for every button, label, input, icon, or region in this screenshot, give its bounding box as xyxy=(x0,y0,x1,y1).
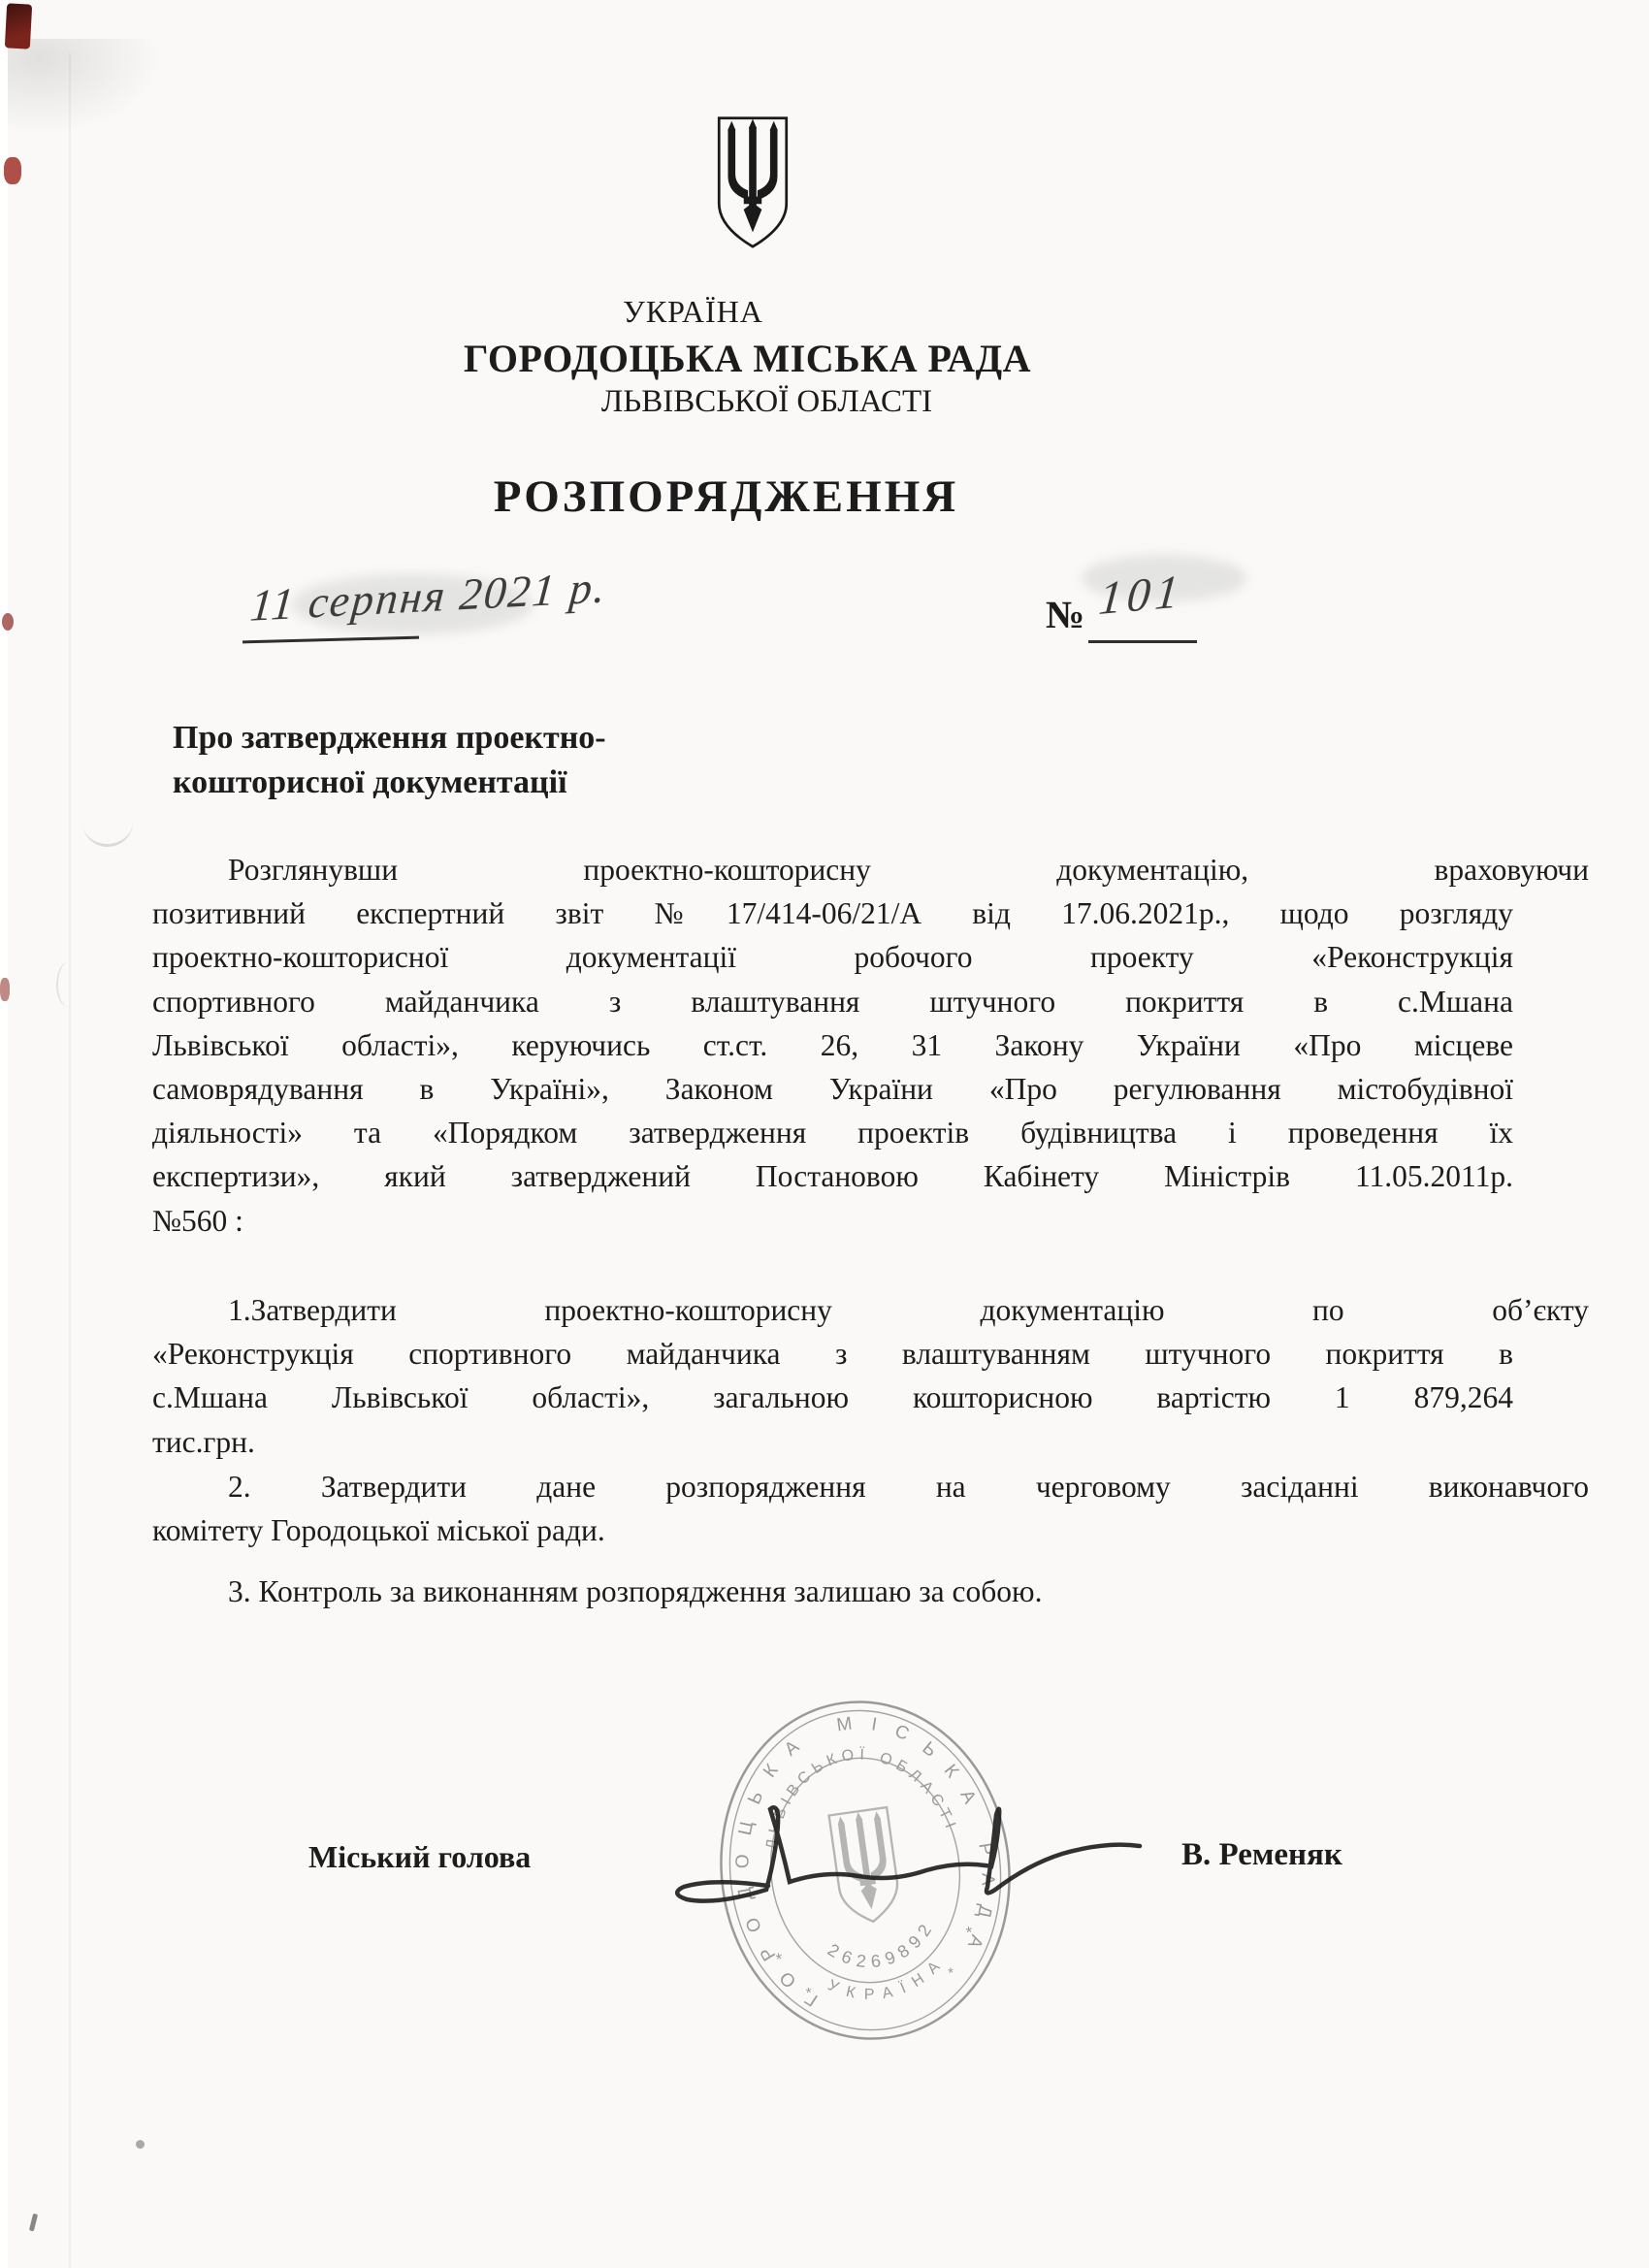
stamp-star-bottom-right: * xyxy=(947,1964,954,1982)
council-name: ГОРОДОЦЬКА МІСЬКА РАДА xyxy=(0,336,1501,381)
red-ink-artifact-4 xyxy=(0,978,10,1001)
red-ink-artifact-2 xyxy=(4,157,21,184)
red-ink-artifact-3 xyxy=(2,613,14,631)
text-line: тис.грн. xyxy=(152,1420,1513,1464)
text-line: №560 : xyxy=(152,1199,1513,1243)
signer-name: В. Ременяк xyxy=(1181,1837,1342,1873)
mayor-signature xyxy=(621,1785,1164,1950)
text-line: комітету Городоцької міської ради. xyxy=(152,1508,1513,1552)
gray-speck xyxy=(136,2140,145,2149)
subject-line: Про затвердження проектно- xyxy=(173,716,606,761)
text-line: «Реконструкція спортивного майданчика з … xyxy=(152,1332,1513,1376)
scan-corner-shadow xyxy=(8,39,163,136)
ukraine-trident-emblem-icon xyxy=(716,114,790,250)
handwritten-number: 101 xyxy=(1097,565,1186,626)
subject-heading: Про затвердження проектно- кошторисної д… xyxy=(173,716,606,805)
text-line: с.Мшана Львівської області», загальною к… xyxy=(152,1376,1513,1419)
text-line: самоврядування в Україні», Законом Украї… xyxy=(152,1067,1513,1111)
text-line: експертизи», який затверджений Постаново… xyxy=(152,1154,1513,1198)
signer-role: Міський голова xyxy=(308,1839,531,1875)
text-line: Розглянувши проектно-кошторисну документ… xyxy=(152,848,1589,891)
text-line: 3. Контроль за виконанням розпорядження … xyxy=(152,1570,1589,1613)
intro-paragraph: Розглянувши проектно-кошторисну документ… xyxy=(152,848,1513,1243)
country-name: УКРАЇНА xyxy=(0,294,1446,330)
text-line: позитивний експертний звіт №17/414-06/21… xyxy=(152,891,1513,935)
decree-item-3: 3. Контроль за виконанням розпорядження … xyxy=(152,1570,1513,1613)
stamp-star-bottom-left: * xyxy=(805,1985,813,2002)
date-underline xyxy=(242,636,419,644)
subject-line: кошторисної документації xyxy=(173,761,606,805)
text-line: проектно-кошторисної документації робочо… xyxy=(152,935,1513,979)
handwritten-date: 11 серпня 2021 р. xyxy=(248,561,609,632)
text-line: 2. Затвердити дане розпорядження на черг… xyxy=(152,1465,1589,1508)
document-type-title: РОЗПОРЯДЖЕННЯ xyxy=(0,470,1479,523)
text-line: 1.Затвердити проектно-кошторисну докумен… xyxy=(152,1288,1589,1332)
number-underline xyxy=(1088,640,1197,643)
text-line: діяльності» та «Порядком затвердження пр… xyxy=(152,1111,1513,1154)
decree-item-2: 2. Затвердити дане розпорядження на черг… xyxy=(152,1465,1513,1552)
pen-mark-bottom-left xyxy=(29,2214,38,2232)
paper-crease-mark-2 xyxy=(56,962,80,1007)
text-line: спортивного майданчика з влаштування шту… xyxy=(152,980,1513,1023)
text-line: Львівської області», керуючись ст.ст. 26… xyxy=(152,1023,1513,1067)
scanned-decree-document: УКРАЇНА ГОРОДОЦЬКА МІСЬКА РАДА ЛЬВІВСЬКО… xyxy=(0,0,1649,2268)
red-ink-artifact-top xyxy=(5,3,32,49)
region-name: ЛЬВІВСЬКОЇ ОБЛАСТІ xyxy=(14,384,1520,420)
decree-item-1: 1.Затвердити проектно-кошторисну докумен… xyxy=(152,1288,1513,1464)
paper-crease-mark xyxy=(81,795,134,849)
number-label: № xyxy=(1046,592,1084,637)
stamp-star-left: * xyxy=(775,1950,785,1969)
